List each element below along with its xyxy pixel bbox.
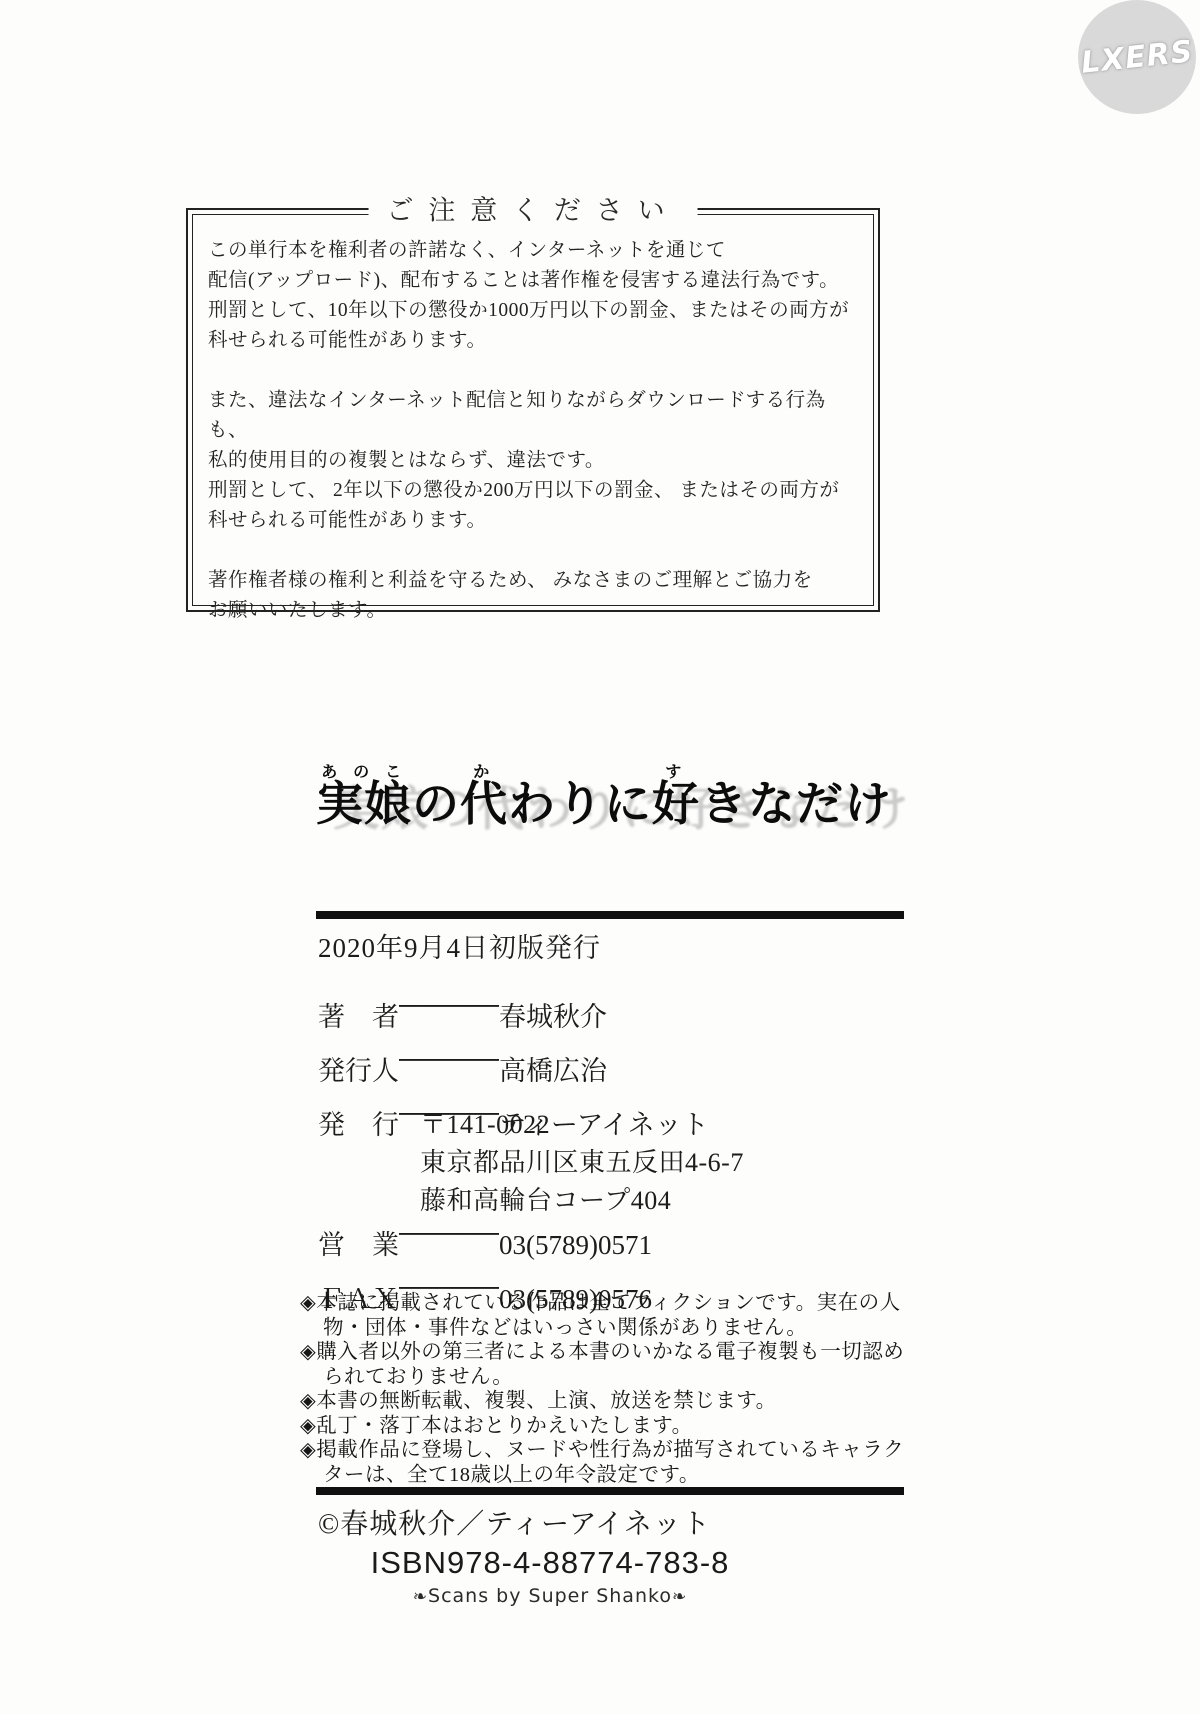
text-line: 著作権者様の権利と利益を守るため、 みなさまのご理解とご協力を xyxy=(208,566,864,596)
flower-ornament-left-icon: ❧ xyxy=(413,1587,428,1607)
title-segment: 好す xyxy=(652,779,700,831)
legal-notice-item: ◈乱丁・落丁本はおとりかえいたします。 xyxy=(300,1414,914,1439)
text-line: この単行本を権利者の許諾なく、インターネットを通じて xyxy=(208,236,864,266)
title-segment: 代か xyxy=(460,779,508,831)
separator-rule-top xyxy=(316,911,904,919)
text-line: 科せられる可能性があります。 xyxy=(208,506,864,536)
warning-paragraph: また、違法なインターネット配信と知りながらダウンロードする行為も、私的使用目的の… xyxy=(208,386,864,536)
text-line: 科せられる可能性があります。 xyxy=(208,326,864,356)
credit-row: 著 者──────春城秋介 xyxy=(318,984,709,1038)
dash-rule: ────── xyxy=(399,1038,499,1080)
isbn-block: ISBN978-4-88774-783-8 ❧Scans by Super Sh… xyxy=(250,1545,850,1607)
text-line: 東京都品川区東五反田4-6-7 xyxy=(420,1144,744,1182)
text-line: 刑罰として、10年以下の懲役か1000万円以下の罰金、またはその両方が xyxy=(208,296,864,326)
credit-label: 著 者 xyxy=(318,996,399,1038)
colophon-page: LXERS ご注意ください この単行本を権利者の許諾なく、インターネットを通じて… xyxy=(0,0,1200,1714)
scan-credit-text: Scans by Super Shanko xyxy=(428,1585,672,1607)
text-line: 〒141-0022 xyxy=(420,1106,744,1144)
warning-box-body: この単行本を権利者の許諾なく、インターネットを通じて配信(アップロード)、配布す… xyxy=(208,236,864,626)
scan-credit: ❧Scans by Super Shanko❧ xyxy=(250,1585,850,1607)
legal-notice-item: ◈購入者以外の第三者による本書のいかなる電子複製も一切認められておりません。 xyxy=(300,1340,914,1389)
warning-paragraph: この単行本を権利者の許諾なく、インターネットを通じて配信(アップロード)、配布す… xyxy=(208,236,864,356)
scanner-watermark: LXERS xyxy=(1078,0,1196,114)
flower-ornament-right-icon: ❧ xyxy=(672,1587,687,1607)
publisher-address: 〒141-0022東京都品川区東五反田4-6-7藤和高輪台コープ404 xyxy=(420,1106,744,1220)
book-title: 実娘あのこの代かわりに好すきなだけ xyxy=(316,764,892,834)
text-line: 配信(アップロード)、配布することは著作権を侵害する違法行為です。 xyxy=(208,266,864,296)
separator-rule-bottom xyxy=(316,1487,904,1495)
title-segment: きなだけ xyxy=(700,779,892,831)
isbn-number: ISBN978-4-88774-783-8 xyxy=(250,1545,850,1581)
credit-row: 営 業──────03(5789)0571 xyxy=(318,1212,652,1266)
text-line: また、違法なインターネット配信と知りながらダウンロードする行為も、 xyxy=(208,386,864,446)
watermark-text: LXERS xyxy=(1079,34,1194,81)
dash-rule: ────── xyxy=(399,984,499,1026)
credit-row: 発行人──────高橋広治 xyxy=(318,1038,709,1092)
copyright-warning-box: ご注意ください この単行本を権利者の許諾なく、インターネットを通じて配信(アップ… xyxy=(186,208,880,612)
legal-notices: ◈本誌に掲載されている作品は全てフィクションです。実在の人物・団体・事件などはい… xyxy=(300,1291,914,1487)
text-line: 私的使用目的の複製とはならず、違法です。 xyxy=(208,446,864,476)
credit-value: 春城秋介 xyxy=(499,996,607,1038)
warning-paragraph: 著作権者様の権利と利益を守るため、 みなさまのご理解とご協力をお願いいたします。 xyxy=(208,566,864,626)
dash-rule: ────── xyxy=(399,1212,499,1254)
text-line: お願いいたします。 xyxy=(208,596,864,626)
title-segment: わりに xyxy=(508,779,652,831)
legal-notice-item: ◈本書の無断転載、複製、上演、放送を禁じます。 xyxy=(300,1389,914,1414)
edition-date: 2020年9月4日初版発行 xyxy=(318,926,601,965)
credit-label: 発 行 xyxy=(318,1104,399,1146)
title-segment: 実娘あのこ xyxy=(316,779,412,831)
credit-label: 発行人 xyxy=(318,1050,399,1092)
credit-value: 高橋広治 xyxy=(499,1050,607,1092)
title-segment: の xyxy=(412,779,460,831)
legal-notice-item: ◈本誌に掲載されている作品は全てフィクションです。実在の人物・団体・事件などはい… xyxy=(300,1291,914,1340)
text-line: 刑罰として、 2年以下の懲役か200万円以下の罰金、 またはその両方が xyxy=(208,476,864,506)
credit-label: 営 業 xyxy=(318,1224,399,1266)
copyright-line: ©春城秋介／ティーアイネット xyxy=(318,1502,711,1542)
warning-box-title: ご注意ください xyxy=(369,189,698,228)
credit-value: 03(5789)0571 xyxy=(499,1224,652,1266)
legal-notice-item: ◈掲載作品に登場し、ヌードや性行為が描写されているキャラクターは、全て18歳以上… xyxy=(300,1438,914,1487)
